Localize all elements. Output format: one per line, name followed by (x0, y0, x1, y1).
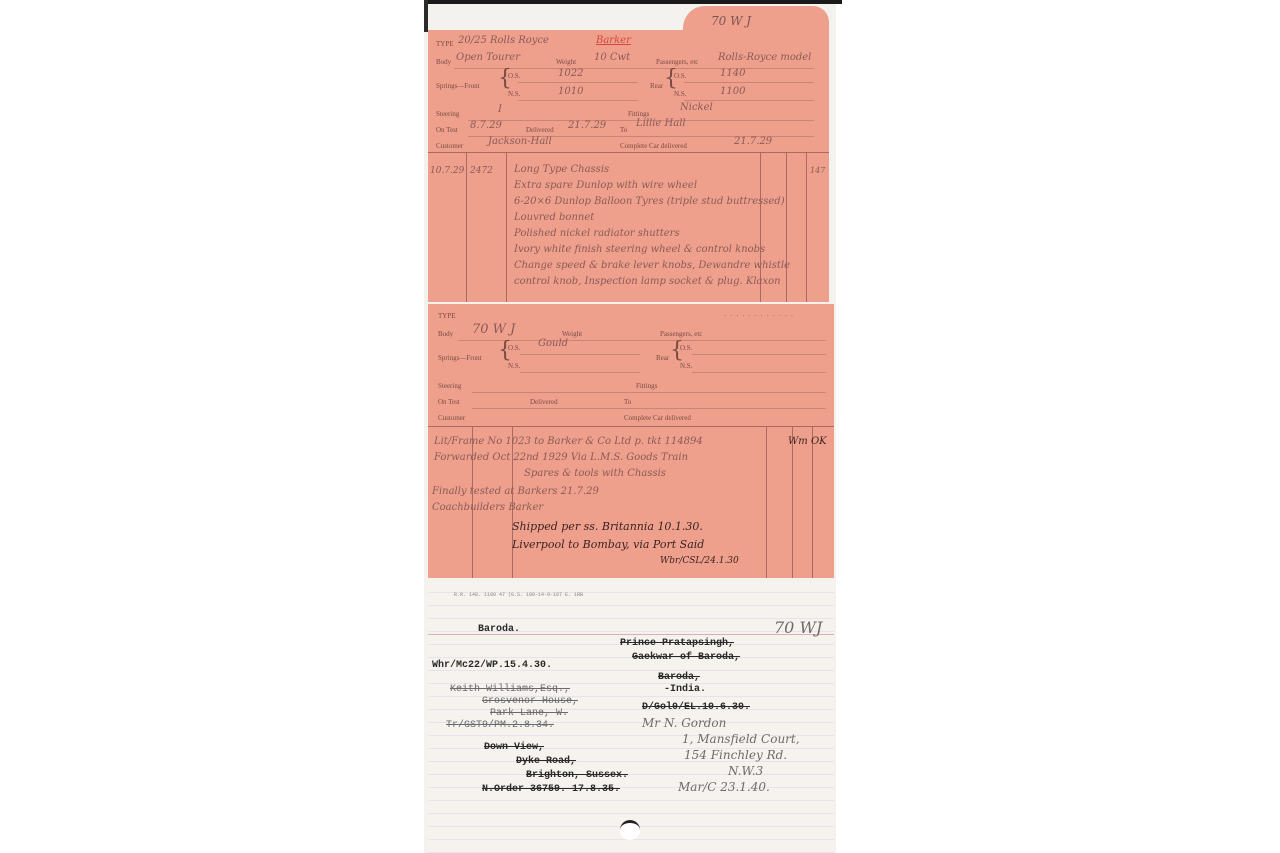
entry-text: Change speed & brake lever knobs, Dewand… (514, 260, 790, 271)
record-card-3: R.R. 148. 1100 47 (G.S. 100-14-9-187 E. … (428, 580, 834, 853)
springs-front-label: Springs—Front (438, 354, 482, 362)
body-value: 70 W J (472, 322, 515, 337)
column-line (466, 152, 467, 302)
ref-line: Tr/GST9/PM.2.8.34. (446, 720, 554, 731)
column-line (786, 152, 787, 302)
rule (684, 82, 814, 83)
tab-label: 70 W J (711, 14, 751, 28)
on-test-label: On Test (436, 126, 458, 134)
tab-mark: 70 WJ (774, 618, 822, 637)
steering-value: I (498, 104, 502, 115)
rear-ns-label: N.S. (680, 362, 692, 370)
rear-ns-value: 1100 (720, 86, 745, 97)
front-os-value: 1022 (558, 68, 583, 79)
fittings-label: Fittings (628, 110, 649, 118)
rear-label: Rear (650, 82, 663, 90)
to-value: Lillie Hall (636, 118, 686, 129)
entry-text: Coachbuilders Barker (432, 502, 543, 513)
entry-ref: 2472 (470, 166, 493, 176)
order-line: N.Order 36759. 17.8.35. (482, 784, 620, 795)
rear-os-value: 1140 (720, 68, 745, 79)
on-test-label: On Test (438, 398, 460, 406)
rear-ns-label: N.S. (674, 90, 686, 98)
rule (518, 100, 638, 101)
entry-text: Ivory white finish steering wheel & cont… (514, 244, 765, 255)
entry-text: Finally tested at Barkers 21.7.29 (432, 486, 599, 497)
entry-date: 10.7.29 (430, 166, 464, 176)
rule (692, 354, 826, 355)
weight-value: 10 Cwt (594, 52, 630, 63)
entry-text: Shipped per ss. Britannia 10.1.30. (512, 520, 703, 533)
weight-label: Weight (556, 58, 576, 66)
handwritten-line: N.W.3 (728, 764, 763, 778)
column-line (792, 426, 793, 578)
handwritten-line: 154 Finchley Rd. (684, 748, 787, 762)
entry-text: Wbr/CSL/24.1.30 (660, 556, 739, 566)
customer-value: Jackson-Hall (488, 136, 552, 147)
weight-label: Weight (562, 330, 582, 338)
ref-line: D/Gol0/EL.10.6.30. (642, 702, 750, 713)
entry-text: Spares & tools with Chassis (524, 468, 666, 479)
entry-mark: Wm OK (788, 436, 827, 447)
complete-car-value: 21.7.29 (734, 136, 772, 147)
entry-text: Forwarded Oct 22nd 1929 Via L.M.S. Goods… (434, 452, 688, 463)
fittings-label: Fittings (636, 382, 657, 390)
entry-text: Long Type Chassis (514, 164, 609, 175)
steering-label: Steering (438, 382, 461, 390)
steering-label: Steering (436, 110, 459, 118)
record-card-2: TYPE · · · · · · · · · · · · Body 70 W J… (428, 304, 834, 578)
column-line (766, 426, 767, 578)
front-ns-label: N.S. (508, 90, 520, 98)
rule (472, 408, 826, 409)
rule (518, 82, 638, 83)
rear-os-label: O.S. (680, 344, 692, 352)
ref-line: Whr/Mc22/WP.15.4.30. (432, 660, 552, 671)
type-stamp: Barker (596, 35, 631, 46)
entry-text: Liverpool to Bombay, via Port Said (512, 538, 704, 551)
to-label: To (624, 398, 631, 406)
entry-text: Lit/Frame No 1023 to Barker & Co Ltd p. … (434, 436, 703, 447)
dotted-line: · · · · · · · · · · · · (724, 312, 794, 320)
front-os-label: O.S. (508, 344, 520, 352)
rule (684, 100, 814, 101)
entry-text: Louvred bonnet (514, 212, 594, 223)
type-label: TYPE (438, 312, 456, 320)
rear-label: Rear (656, 354, 669, 362)
type-label: TYPE (436, 40, 454, 48)
delivered-label: Delivered (526, 126, 554, 134)
address-line: Down View, (484, 742, 544, 753)
address-line: Keith Williams,Esq., (450, 684, 570, 695)
customer-label: Customer (438, 414, 465, 422)
location: Baroda. (478, 624, 520, 635)
rule (692, 372, 826, 373)
form-code: R.R. 148. 1100 47 (G.S. 100-14-9-187 E. … (454, 592, 583, 598)
scan-top-edge (427, 0, 842, 4)
column-line (806, 152, 807, 302)
section-divider (428, 426, 834, 427)
rule (458, 340, 826, 341)
front-ns-label: N.S. (508, 362, 520, 370)
owner-line: Baroda, (658, 672, 700, 683)
owner-line: Prince Pratapsingh, (620, 638, 734, 649)
entry-mark: 147 (810, 166, 825, 175)
body-label: Body (436, 58, 451, 66)
punch-hole (620, 820, 640, 840)
customer-label: Customer (436, 142, 463, 150)
section-divider (428, 152, 829, 153)
address-line: Brighton, Sussex. (526, 770, 628, 781)
delivered-value: 21.7.29 (568, 120, 606, 131)
entry-text: Polished nickel radiator shutters (514, 228, 680, 239)
rule (520, 372, 640, 373)
body-value: Open Tourer (456, 52, 520, 63)
complete-car-label: Complete Car delivered (624, 414, 691, 422)
handwritten-line: 1, Mansfield Court, (682, 732, 800, 746)
rule (472, 392, 826, 393)
handwritten-line: Mr N. Gordon (642, 716, 726, 730)
column-line (812, 426, 813, 578)
fittings-value: Nickel (680, 102, 713, 113)
front-os-value: Gould (538, 338, 568, 349)
type-value: 20/25 Rolls Royce (458, 35, 549, 46)
passengers-value: Rolls-Royce model (718, 52, 811, 63)
owner-line: Gaekwar of Baroda, (632, 652, 740, 663)
owner-line: -India. (664, 684, 706, 695)
scan-left-edge (424, 0, 428, 32)
delivered-label: Delivered (530, 398, 558, 406)
address-line: Park Lane, W. (490, 708, 568, 719)
front-ns-value: 1010 (558, 86, 583, 97)
entry-text: Extra spare Dunlop with wire wheel (514, 180, 697, 191)
rear-os-label: O.S. (674, 72, 686, 80)
rule (520, 354, 640, 355)
address-line: Dyke Road, (516, 756, 576, 767)
record-card-1: TYPE 20/25 Rolls Royce Barker Body Open … (428, 30, 829, 302)
column-line (506, 152, 507, 302)
handwritten-line: Mar/C 23.1.40. (678, 780, 770, 794)
address-line: Grosvenor House, (482, 696, 578, 707)
entry-text: 6-20×6 Dunlop Balloon Tyres (triple stud… (514, 196, 785, 207)
passengers-label: Passengers, etc (656, 58, 698, 66)
complete-car-label: Complete Car delivered (620, 142, 687, 150)
on-test-value: 8.7.29 (470, 120, 502, 131)
entry-text: control knob, Inspection lamp socket & p… (514, 276, 781, 287)
springs-front-label: Springs—Front (436, 82, 480, 90)
front-os-label: O.S. (508, 72, 520, 80)
body-label: Body (438, 330, 453, 338)
to-label: To (620, 126, 627, 134)
passengers-label: Passengers, etc (660, 330, 702, 338)
